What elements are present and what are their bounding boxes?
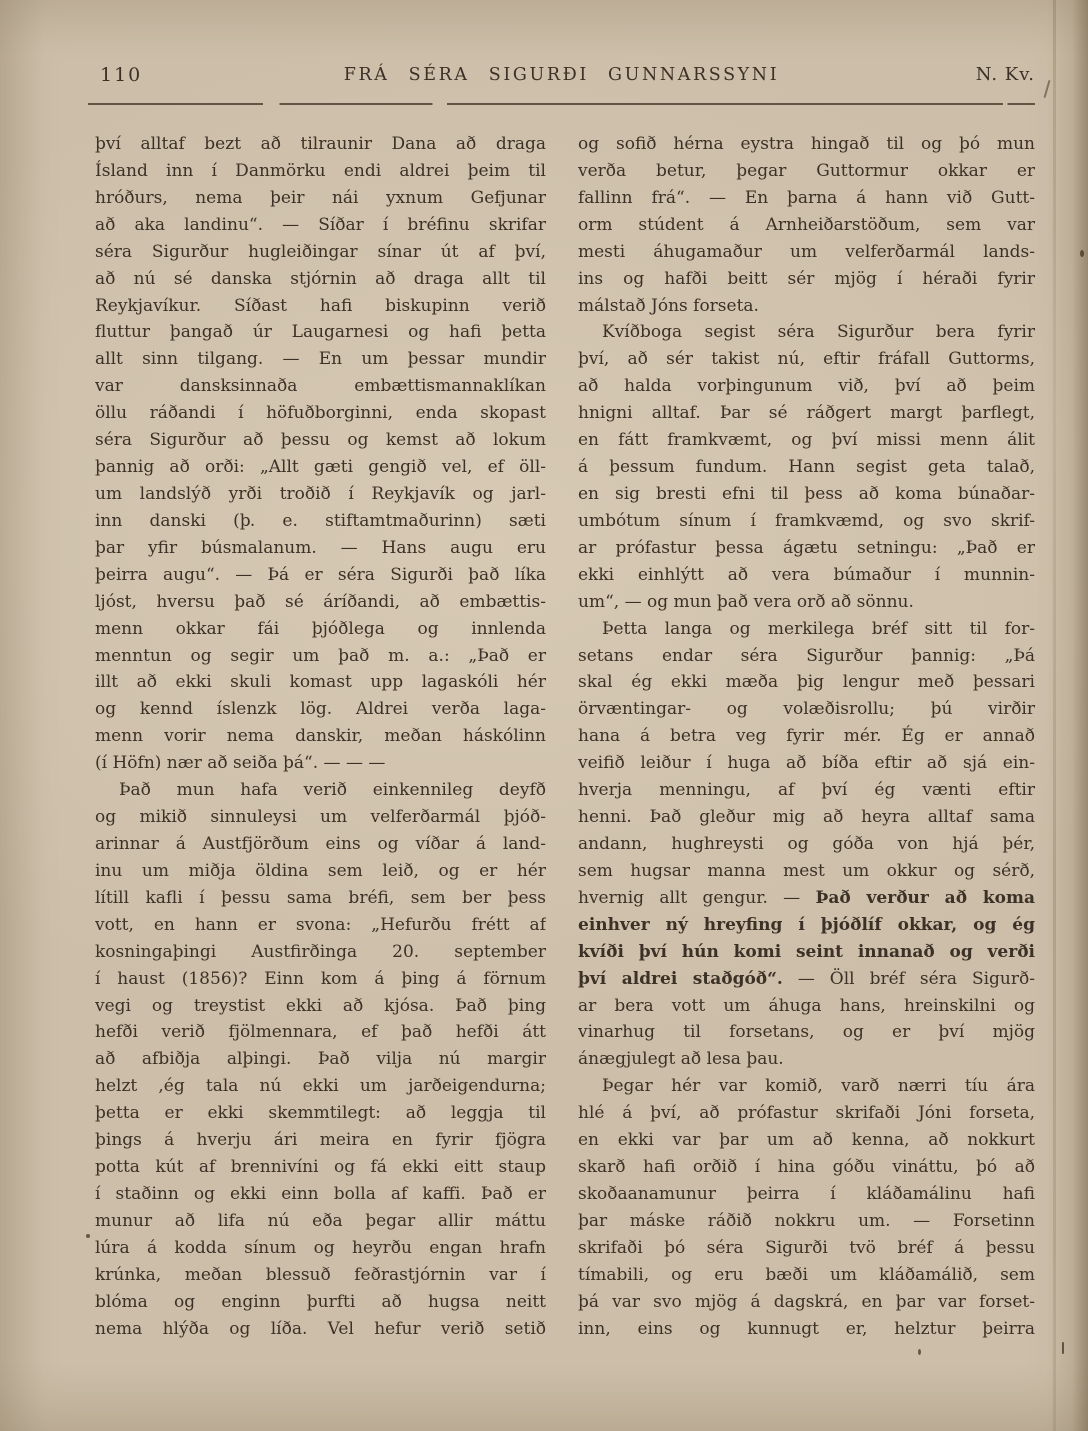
- text-line: ekki einhlýtt að vera búmaður í munnin-: [578, 562, 1035, 589]
- body-text: inn, eins og kunnugt er, helztur þeirra: [578, 1319, 1035, 1339]
- body-text: hana á betra veg fyrir mér. Ég er annað: [578, 726, 1035, 746]
- text-line: einhver ný hreyfing í þjóðlíf okkar, og …: [578, 912, 1035, 939]
- body-text: en ekki var þar um að kenna, að nokkurt: [578, 1130, 1035, 1150]
- text-line: Kvíðboga segist séra Sigurður bera fyrir: [578, 319, 1035, 346]
- body-text: vott, en hann er svona: „Hefurðu frétt a…: [95, 915, 546, 935]
- text-line: umbótum sínum í framkvæmd, og svo skrif-: [578, 508, 1035, 535]
- body-text: í haust (1856)? Einn kom á þing á förnum: [95, 969, 546, 989]
- paper-speck: [1080, 250, 1084, 257]
- text-line: ins og hafði beitt sér mjög í héraði fyr…: [578, 266, 1035, 293]
- body-text: ins og hafði beitt sér mjög í héraði fyr…: [578, 269, 1035, 289]
- body-text: þá var svo mjög á dagskrá, en þar var fo…: [578, 1292, 1035, 1312]
- text-line: því aldrei staðgóð“. — Öll bréf séra Sig…: [578, 966, 1035, 993]
- body-text: orm stúdent á Arnheiðarstöðum, sem var: [578, 215, 1035, 235]
- body-text: að nú sé danska stjórnin að draga allt t…: [95, 269, 546, 289]
- body-text: ánægjulegt að lesa þau.: [578, 1049, 784, 1069]
- text-line: ánægjulegt að lesa þau.: [578, 1046, 1035, 1073]
- body-text: — Öll bréf séra Sigurð-: [783, 969, 1035, 989]
- text-line: verða betur, þegar Guttormur okkar er: [578, 158, 1035, 185]
- text-line: tímabili, og eru bæði um kláðamálið, sem: [578, 1262, 1035, 1289]
- text-line: mesti áhugamaður um velferðarmál lands-: [578, 239, 1035, 266]
- text-line: en fátt framkvæmt, og því missi menn áli…: [578, 427, 1035, 454]
- text-line: inn danski (þ. e. stiftamtmaðurinn) sæti: [95, 508, 546, 535]
- body-text: á þessum fundum. Hann segist geta talað,: [578, 457, 1035, 477]
- body-text: og mikið sinnuleysi um velferðarmál þjóð…: [95, 807, 546, 827]
- body-text: hverja menningu, af því ég vænti eftir: [578, 780, 1035, 800]
- text-line: potta kút af brennivíni og fá ekki eitt …: [95, 1154, 546, 1181]
- body-text: ekki einhlýtt að vera búmaður í munnin-: [578, 565, 1035, 585]
- text-line: en sig bresti efni til þess að koma búna…: [578, 481, 1035, 508]
- body-text: verða betur, þegar Guttormur okkar er: [578, 161, 1035, 181]
- body-text: krúnka, meðan blessuð feðrastjórnin var …: [95, 1265, 546, 1285]
- body-text: fallinn frá“. — En þarna á hann við Gutt…: [578, 188, 1035, 208]
- page-edge-shadow: [1072, 0, 1088, 1431]
- body-text: hlé á því, að prófastur skrifaði Jóni fo…: [578, 1103, 1035, 1123]
- text-line: skarð hafi orðið í hina góðu vináttu, þó…: [578, 1154, 1035, 1181]
- body-text: örvæntingar- og volæðisrollu; þú virðir: [578, 699, 1035, 719]
- text-line: setans endar séra Sigurður þannig: „Þá: [578, 643, 1035, 670]
- text-line: málstað Jóns forseta.: [578, 293, 1035, 320]
- text-line: um“, — og mun það vera orð að sönnu.: [578, 589, 1035, 616]
- body-text: vinarhug til forsetans, og er því mjög: [578, 1022, 1035, 1042]
- emphasized-text: kvíði því hún komi seint innanað og verð…: [578, 942, 1035, 962]
- body-text: og sofið hérna eystra hingað til og þó m…: [578, 134, 1035, 154]
- text-line: hróðurs, nema þeir nái yxnum Gefjunar: [95, 185, 546, 212]
- body-text: en sig bresti efni til þess að koma búna…: [578, 484, 1035, 504]
- text-line: um landslýð yrði troðið í Reykjavík og j…: [95, 481, 546, 508]
- body-text: lítill kafli í þessu sama bréfi, sem ber…: [95, 888, 546, 908]
- text-line: fallinn frá“. — En þarna á hann við Gutt…: [578, 185, 1035, 212]
- text-line: skrifaði þó séra Sigurði tvö bréf á þess…: [578, 1235, 1035, 1262]
- body-text: þetta er ekki skemmtilegt: að leggja til: [95, 1103, 546, 1123]
- text-line: menn okkar fái þjóðlega og innlenda: [95, 616, 546, 643]
- body-text: hróðurs, nema þeir nái yxnum Gefjunar: [95, 188, 546, 208]
- body-text: nema hlýða og líða. Vel hefur verið seti…: [95, 1319, 546, 1339]
- text-line: skal ég ekki mæða þig lengur með þessari: [578, 669, 1035, 696]
- text-line: hvernig allt gengur. — Það verður að kom…: [578, 885, 1035, 912]
- body-text: vegi og treystist ekki að kjósa. Það þin…: [95, 996, 546, 1016]
- body-text: inu um miðja öldina sem leið, og er hér: [95, 861, 546, 881]
- text-line: að nú sé danska stjórnin að draga allt t…: [95, 266, 546, 293]
- body-text: potta kút af brennivíni og fá ekki eitt …: [95, 1157, 546, 1177]
- text-line: inu um miðja öldina sem leið, og er hér: [95, 858, 546, 885]
- text-line: því, að sér takist nú, eftir fráfall Gut…: [578, 346, 1035, 373]
- text-line: Þegar hér var komið, varð nærri tíu ára: [578, 1073, 1035, 1100]
- text-line: því alltaf bezt að tilraunir Dana að dra…: [95, 131, 546, 158]
- text-line: andann, hughreysti og góða von hjá þér,: [578, 831, 1035, 858]
- running-title: FRÁ SÉRA SIGURÐI GUNNARSSYNI: [88, 65, 1035, 85]
- text-line: hnigni alltaf. Þar sé ráðgert margt þarf…: [578, 400, 1035, 427]
- text-line: hefði verið fjölmennara, ef það hefði át…: [95, 1019, 546, 1046]
- body-text: fluttur þangað úr Laugarnesi og hafi þet…: [95, 322, 546, 342]
- body-text: málstað Jóns forseta.: [578, 296, 759, 316]
- text-line: arinnar á Austfjörðum eins og víðar á la…: [95, 831, 546, 858]
- body-text: Það mun hafa verið einkennileg deyfð: [119, 780, 546, 800]
- body-text: að halda vorþingunum við, því að þeim: [578, 376, 1035, 396]
- emphasized-text: því aldrei staðgóð“.: [578, 969, 783, 989]
- text-line: þannig að orði: „Allt gæti gengið vel, e…: [95, 454, 546, 481]
- body-text: helzt ,ég tala nú ekki um jarðeigendurna…: [95, 1076, 546, 1096]
- body-text: að afbiðja alþingi. Það vilja nú margir: [95, 1049, 546, 1069]
- paper-speck: [918, 1349, 921, 1355]
- paper-speck: [86, 1234, 90, 1238]
- body-text: þannig að orði: „Allt gæti gengið vel, e…: [95, 457, 546, 477]
- body-text: skal ég ekki mæða þig lengur með þessari: [578, 672, 1035, 692]
- body-text: Þetta langa og merkilega bréf sitt til f…: [602, 619, 1035, 639]
- ink-artifact: [1044, 80, 1051, 98]
- body-text: umbótum sínum í framkvæmd, og svo skrif-: [578, 511, 1035, 531]
- body-text: andann, hughreysti og góða von hjá þér,: [578, 834, 1035, 854]
- text-line: og mikið sinnuleysi um velferðarmál þjóð…: [95, 804, 546, 831]
- emphasized-text: Það verður að koma: [816, 888, 1036, 908]
- text-line: að afbiðja alþingi. Það vilja nú margir: [95, 1046, 546, 1073]
- body-text: ar bera vott um áhuga hans, hreinskilni …: [578, 996, 1035, 1016]
- body-text: ljóst, hversu það sé áríðandi, að embætt…: [95, 592, 546, 612]
- body-text: allt sinn tilgang. — En um þessar mundir: [95, 349, 546, 369]
- text-line: var dansksinnaða embættismannaklíkan: [95, 373, 546, 400]
- text-line: ljóst, hversu það sé áríðandi, að embætt…: [95, 589, 546, 616]
- text-line: Ísland inn í Danmörku endi aldrei þeim t…: [95, 158, 546, 185]
- body-text: munur að lifa nú eða þegar allir máttu: [95, 1211, 546, 1231]
- body-text: því alltaf bezt að tilraunir Dana að dra…: [95, 134, 546, 154]
- text-line: kosningaþingi Austfirðinga 20. september: [95, 939, 546, 966]
- text-line: að halda vorþingunum við, því að þeim: [578, 373, 1035, 400]
- body-text: lúra á kodda sínum og heyrðu engan hrafn: [95, 1238, 546, 1258]
- text-line: menn vorir nema danskir, meðan háskólinn: [95, 723, 546, 750]
- text-line: og kennd íslenzk lög. Aldrei verða laga-: [95, 696, 546, 723]
- text-line: Reykjavíkur. Síðast hafi biskupinn verið: [95, 293, 546, 320]
- body-text: þings á hverju ári meira en fyrir fjögra: [95, 1130, 546, 1150]
- text-line: (í Höfn) nær að seiða þá“. — — —: [95, 750, 546, 777]
- body-text: skrifaði þó séra Sigurði tvö bréf á þess…: [578, 1238, 1035, 1258]
- body-text: arinnar á Austfjörðum eins og víðar á la…: [95, 834, 546, 854]
- body-text: veifið leiður í huga að bíða eftir að sj…: [578, 753, 1035, 773]
- scanned-book-page: 110 FRÁ SÉRA SIGURÐI GUNNARSSYNI N. Kv. …: [0, 0, 1088, 1431]
- body-text: menn okkar fái þjóðlega og innlenda: [95, 619, 546, 639]
- body-text: sem hugsar manna mest um okkur og sérð,: [578, 861, 1035, 881]
- page-crease: [1053, 0, 1056, 1431]
- header-rule: [88, 103, 1035, 105]
- body-text: öllu ráðandi í höfuðborginni, enda skopa…: [95, 403, 546, 423]
- text-line: henni. Það gleður mig að heyra alltaf sa…: [578, 804, 1035, 831]
- text-line: í staðinn og ekki einn bolla af kaffi. Þ…: [95, 1181, 546, 1208]
- text-line: orm stúdent á Arnheiðarstöðum, sem var: [578, 212, 1035, 239]
- body-text: þar yfir búsmalanum. — Hans augu eru: [95, 538, 546, 558]
- text-line: kvíði því hún komi seint innanað og verð…: [578, 939, 1035, 966]
- text-line: ar prófastur þessa ágætu setningu: „Það …: [578, 535, 1035, 562]
- body-text: ar prófastur þessa ágætu setningu: „Það …: [578, 538, 1035, 558]
- text-line: séra Sigurður að þessu og kemst að lokum: [95, 427, 546, 454]
- text-line: hverja menningu, af því ég vænti eftir: [578, 777, 1035, 804]
- text-line: skoðaanamunur þeirra í kláðamálinu hafi: [578, 1181, 1035, 1208]
- body-text: hnigni alltaf. Þar sé ráðgert margt þarf…: [578, 403, 1035, 423]
- text-line: þar máske ráðið nokkru um. — Forsetinn: [578, 1208, 1035, 1235]
- text-line: veifið leiður í huga að bíða eftir að sj…: [578, 750, 1035, 777]
- body-text: menn vorir nema danskir, meðan háskólinn: [95, 726, 546, 746]
- text-line: örvæntingar- og volæðisrollu; þú virðir: [578, 696, 1035, 723]
- text-line: helzt ,ég tala nú ekki um jarðeigendurna…: [95, 1073, 546, 1100]
- body-text: Reykjavíkur. Síðast hafi biskupinn verið: [95, 296, 546, 316]
- body-text: setans endar séra Sigurður þannig: „Þá: [578, 646, 1035, 666]
- body-text: að aka landinu“. — Síðar í bréfinu skrif…: [95, 215, 546, 235]
- text-line: þetta er ekki skemmtilegt: að leggja til: [95, 1100, 546, 1127]
- body-text: tímabili, og eru bæði um kláðamálið, sem: [578, 1265, 1035, 1285]
- text-line: menntun og segir um það m. a.: „Það er: [95, 643, 546, 670]
- body-text: kosningaþingi Austfirðinga 20. september: [95, 942, 546, 962]
- text-line: lítill kafli í þessu sama bréfi, sem ber…: [95, 885, 546, 912]
- text-line: hana á betra veg fyrir mér. Ég er annað: [578, 723, 1035, 750]
- body-text: séra Sigurður að þessu og kemst að lokum: [95, 430, 546, 450]
- body-text: séra Sigurður hugleiðingar sínar út af þ…: [95, 242, 546, 262]
- text-line: vegi og treystist ekki að kjósa. Það þin…: [95, 993, 546, 1020]
- body-text: Þegar hér var komið, varð nærri tíu ára: [602, 1076, 1035, 1096]
- text-line: þar yfir búsmalanum. — Hans augu eru: [95, 535, 546, 562]
- text-line: þeirra augu“. — Þá er séra Sigurði það l…: [95, 562, 546, 589]
- emphasized-text: einhver ný hreyfing í þjóðlíf okkar, og …: [578, 915, 1035, 935]
- body-text: hvernig allt gengur. —: [578, 888, 816, 908]
- body-text: Kvíðboga segist séra Sigurður bera fyrir: [602, 322, 1035, 342]
- body-text: í staðinn og ekki einn bolla af kaffi. Þ…: [95, 1184, 546, 1204]
- body-text: hefði verið fjölmennara, ef það hefði át…: [95, 1022, 546, 1042]
- body-text: blóma og enginn þurfti að hugsa neitt: [95, 1292, 546, 1312]
- body-text: því, að sér takist nú, eftir fráfall Gut…: [578, 349, 1035, 369]
- body-text: inn danski (þ. e. stiftamtmaðurinn) sæti: [95, 511, 546, 531]
- text-line: munur að lifa nú eða þegar allir máttu: [95, 1208, 546, 1235]
- body-text: þar máske ráðið nokkru um. — Forsetinn: [578, 1211, 1035, 1231]
- body-text: illt að ekki skuli komast upp lagaskóli …: [95, 672, 546, 692]
- text-column-right: og sofið hérna eystra hingað til og þó m…: [578, 131, 1035, 1342]
- body-text: var dansksinnaða embættismannaklíkan: [95, 376, 546, 396]
- text-line: Þetta langa og merkilega bréf sitt til f…: [578, 616, 1035, 643]
- text-line: krúnka, meðan blessuð feðrastjórnin var …: [95, 1262, 546, 1289]
- text-line: á þessum fundum. Hann segist geta talað,: [578, 454, 1035, 481]
- body-text: um“, — og mun það vera orð að sönnu.: [578, 592, 914, 612]
- text-line: séra Sigurður hugleiðingar sínar út af þ…: [95, 239, 546, 266]
- paper-speck: [1062, 1342, 1064, 1354]
- body-text: skarð hafi orðið í hina góðu vináttu, þó…: [578, 1157, 1035, 1177]
- text-line: illt að ekki skuli komast upp lagaskóli …: [95, 669, 546, 696]
- text-line: blóma og enginn þurfti að hugsa neitt: [95, 1289, 546, 1316]
- text-line: fluttur þangað úr Laugarnesi og hafi þet…: [95, 319, 546, 346]
- text-line: Það mun hafa verið einkennileg deyfð: [95, 777, 546, 804]
- body-text: (í Höfn) nær að seiða þá“. — — —: [95, 753, 385, 773]
- text-line: en ekki var þar um að kenna, að nokkurt: [578, 1127, 1035, 1154]
- body-text: Ísland inn í Danmörku endi aldrei þeim t…: [95, 161, 546, 181]
- body-text: um landslýð yrði troðið í Reykjavík og j…: [95, 484, 546, 504]
- text-line: ar bera vott um áhuga hans, hreinskilni …: [578, 993, 1035, 1020]
- text-line: allt sinn tilgang. — En um þessar mundir: [95, 346, 546, 373]
- text-line: í haust (1856)? Einn kom á þing á förnum: [95, 966, 546, 993]
- body-text: en fátt framkvæmt, og því missi menn áli…: [578, 430, 1035, 450]
- text-line: og sofið hérna eystra hingað til og þó m…: [578, 131, 1035, 158]
- text-line: öllu ráðandi í höfuðborginni, enda skopa…: [95, 400, 546, 427]
- text-line: nema hlýða og líða. Vel hefur verið seti…: [95, 1316, 546, 1343]
- text-line: þings á hverju ári meira en fyrir fjögra: [95, 1127, 546, 1154]
- body-text: henni. Það gleður mig að heyra alltaf sa…: [578, 807, 1035, 827]
- journal-abbreviation: N. Kv.: [925, 64, 1035, 85]
- text-line: þá var svo mjög á dagskrá, en þar var fo…: [578, 1289, 1035, 1316]
- body-text: þeirra augu“. — Þá er séra Sigurði það l…: [95, 565, 546, 585]
- text-line: sem hugsar manna mest um okkur og sérð,: [578, 858, 1035, 885]
- text-line: að aka landinu“. — Síðar í bréfinu skrif…: [95, 212, 546, 239]
- body-text: menntun og segir um það m. a.: „Það er: [95, 646, 546, 666]
- text-line: lúra á kodda sínum og heyrðu engan hrafn: [95, 1235, 546, 1262]
- body-text: og kennd íslenzk lög. Aldrei verða laga-: [95, 699, 546, 719]
- text-line: vinarhug til forsetans, og er því mjög: [578, 1019, 1035, 1046]
- text-line: vott, en hann er svona: „Hefurðu frétt a…: [95, 912, 546, 939]
- body-text: mesti áhugamaður um velferðarmál lands-: [578, 242, 1035, 262]
- text-line: inn, eins og kunnugt er, helztur þeirra: [578, 1316, 1035, 1343]
- body-text: skoðaanamunur þeirra í kláðamálinu hafi: [578, 1184, 1035, 1204]
- text-column-left: því alltaf bezt að tilraunir Dana að dra…: [95, 131, 546, 1342]
- text-line: hlé á því, að prófastur skrifaði Jóni fo…: [578, 1100, 1035, 1127]
